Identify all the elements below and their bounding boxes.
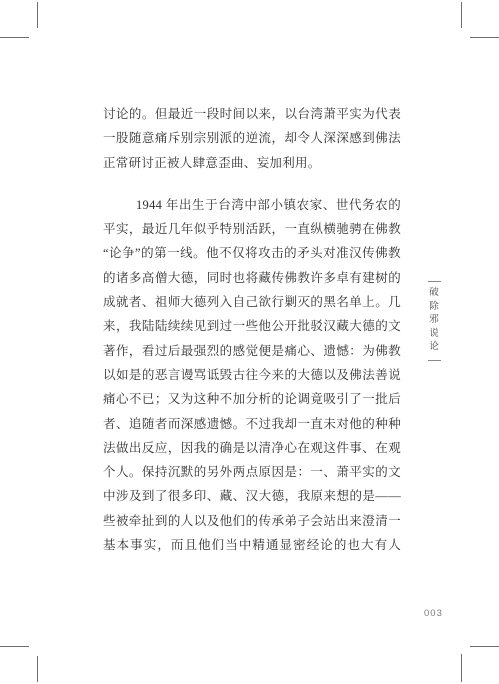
- paragraph: 讨论的。但最近一段时间以来，以台湾萧平实为代表的一股随意痛斥别宗别派的逆流，却令…: [103, 102, 401, 175]
- page-number: 003: [424, 608, 443, 619]
- crop-mark-top-left-horizontal: [0, 37, 29, 38]
- crop-mark-bottom-left-horizontal: [0, 646, 29, 647]
- margin-title-char: 破: [426, 287, 442, 301]
- text-line: 来，我陆陆续续见到过一些他公开批驳汉藏大德的文章: [103, 314, 401, 338]
- crop-mark-top-right-horizontal: [470, 37, 499, 38]
- text-line: 的诸多高僧大德，同时也将藏传佛教许多卓有建树的大: [103, 266, 401, 290]
- crop-mark-top-right-vertical: [461, 2, 462, 28]
- text-line: 一股随意痛斥别宗别派的逆流，却令人深深感到佛法的: [103, 126, 401, 150]
- book-page: 讨论的。但最近一段时间以来，以台湾萧平实为代表的一股随意痛斥别宗别派的逆流，却令…: [0, 0, 499, 684]
- text-line: 1944 年出生于台湾中部小镇农家、世代务农的萧: [103, 193, 401, 217]
- text-line: 中涉及到了很多印、藏、汉大德，我原来想的是——这: [103, 484, 401, 508]
- text-line: 成就者、祖师大德列入自己欲行剿灭的黑名单上。几年: [103, 290, 401, 314]
- paragraph: 1944 年出生于台湾中部小镇农家、世代务农的萧平实，最近几年似乎特别活跃，一直…: [103, 193, 401, 557]
- text-line: 平实，最近几年似乎特别活跃，一直纵横驰骋在佛教: [103, 217, 401, 241]
- text-line: 法做出反应，因我的确是以清净心在观这件事、在观这: [103, 436, 401, 460]
- text-line: 个人。保持沉默的另外两点原因是：一、萧平实的文章: [103, 460, 401, 484]
- margin-running-title: 破除邪说论: [426, 281, 442, 361]
- text-line: 讨论的。但最近一段时间以来，以台湾萧平实为代表的: [103, 102, 401, 126]
- margin-title-characters: 破除邪说论: [426, 282, 442, 360]
- body-text: 讨论的。但最近一段时间以来，以台湾萧平实为代表的一股随意痛斥别宗别派的逆流，却令…: [103, 102, 401, 557]
- margin-title-char: 除: [426, 301, 442, 315]
- crop-mark-bottom-right-horizontal: [470, 646, 499, 647]
- text-line: 者、追随者而深感遗憾。不过我却一直未对他的种种说: [103, 412, 401, 436]
- text-line: 著作，看过后最强烈的感觉便是痛心、遗憾：为佛教徒: [103, 339, 401, 363]
- text-line: 痛心不已；又为这种不加分析的论调竟吸引了一批后继: [103, 387, 401, 411]
- margin-title-char: 邪: [426, 314, 442, 328]
- text-line: 基本事实，而且他们当中精通显密经论的也大有人在，: [103, 533, 401, 557]
- crop-mark-top-left-vertical: [37, 2, 38, 28]
- crop-mark-bottom-left-vertical: [37, 656, 38, 682]
- margin-title-rule-bottom: [428, 360, 441, 361]
- text-line: 正常研讨正被人肆意歪曲、妄加利用。: [103, 151, 401, 175]
- text-line: 些被牵扯到的人以及他们的传承弟子会站出来澄清一些: [103, 509, 401, 533]
- text-line: 以如是的恶言谩骂诋毁古往今来的大德以及佛法善说而: [103, 363, 401, 387]
- text-line: “论争”的第一线。他不仅将攻击的矛头对准汉传佛教: [103, 241, 401, 265]
- margin-title-char: 说: [426, 328, 442, 342]
- crop-mark-bottom-right-vertical: [461, 654, 462, 682]
- margin-title-char: 论: [426, 341, 442, 355]
